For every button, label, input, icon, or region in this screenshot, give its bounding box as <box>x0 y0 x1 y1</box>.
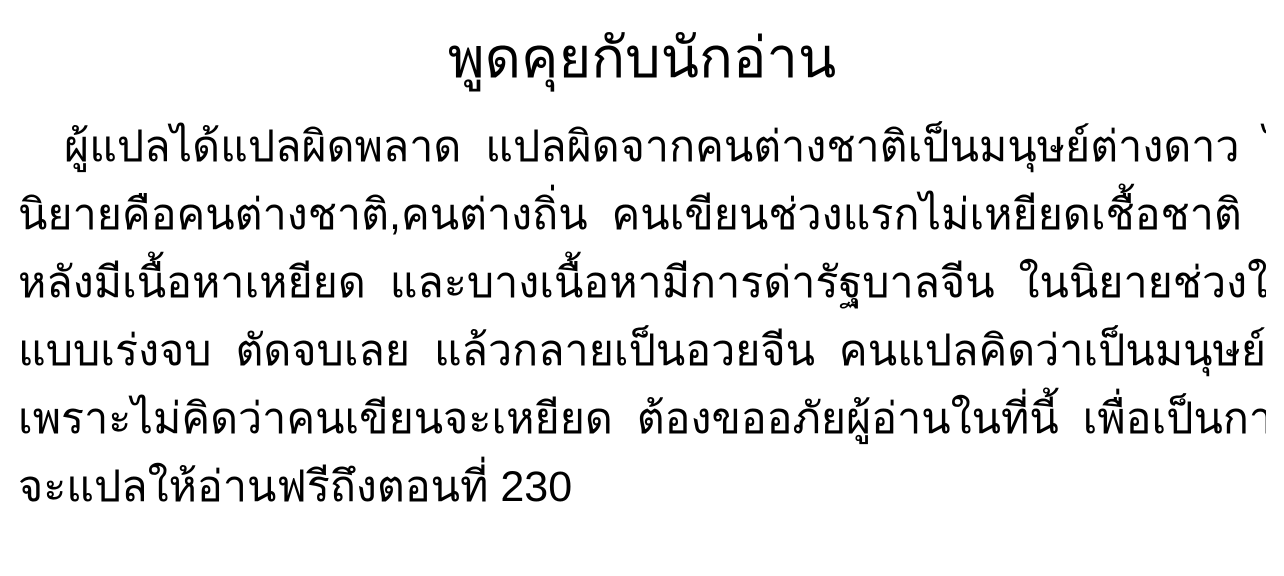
paragraph-line: จะแปลให้อ่านฟรีถึงตอนที่ 230 <box>18 453 1266 521</box>
paragraph-line: หลังมีเนื้อหาเหยียด และบางเนื้อหามีการด่… <box>18 249 1266 317</box>
paragraph-line: เพราะไม่คิดว่าคนเขียนจะเหยียด ต้องขออภัย… <box>18 385 1266 453</box>
paragraph-line: นิยายคือคนต่างชาติ,คนต่างถิ่น คนเขียนช่ว… <box>18 181 1266 249</box>
translator-note-paragraph: ผู้แปลได้แปลผิดพลาด แปลผิดจากคนต่างชาติเ… <box>0 113 1284 521</box>
page-title: พูดคุยกับนักอ่าน <box>0 10 1284 105</box>
paragraph-line: แบบเร่งจบ ตัดจบเลย แล้วกลายเป็นอวยจีน คน… <box>18 317 1266 385</box>
paragraph-line: ผู้แปลได้แปลผิดพลาด แปลผิดจากคนต่างชาติเ… <box>18 113 1266 181</box>
translator-note-page: พูดคุยกับนักอ่าน ผู้แปลได้แปลผิดพลาด แปล… <box>0 0 1284 576</box>
